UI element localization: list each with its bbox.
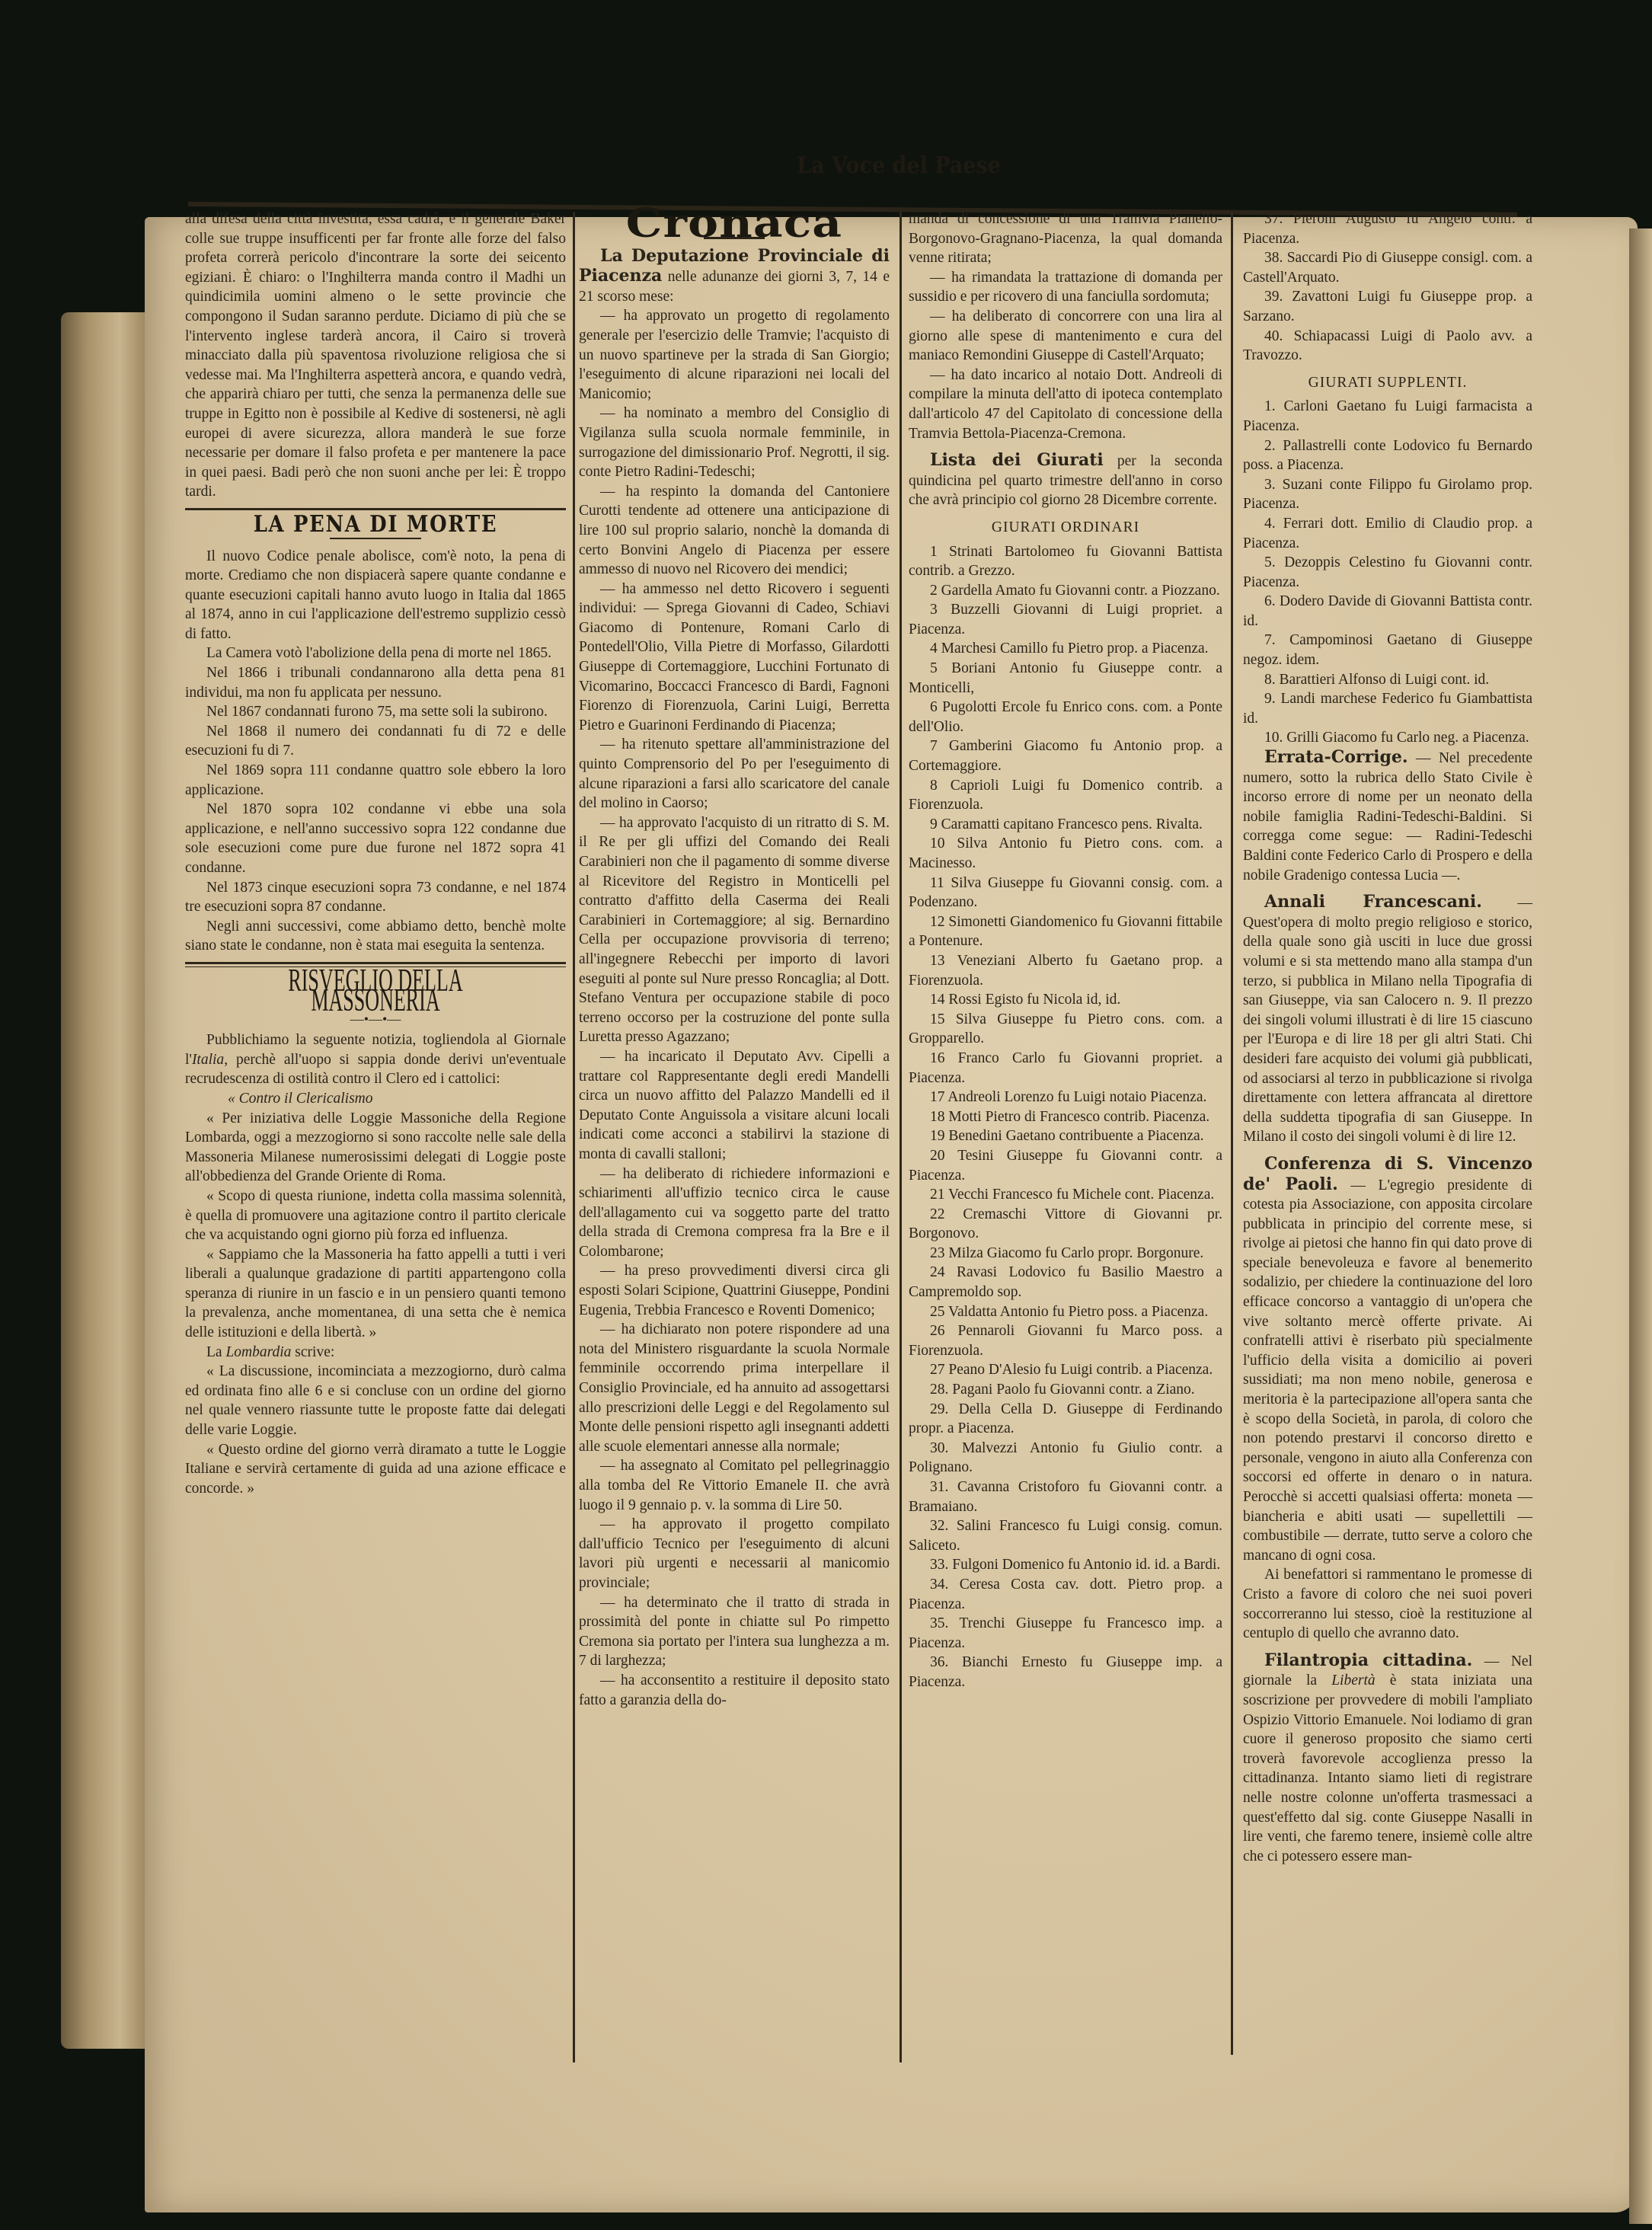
alternate-juror-item: 4. Ferrari dott. Emilio di Claudio prop.… xyxy=(1243,514,1532,553)
quote-paragraph: « Sappiamo che la Massoneria ha fatto ap… xyxy=(185,1245,566,1343)
deputazione-item: — ha approvato il progetto compilato dal… xyxy=(579,1515,890,1593)
juror-list-item: 32. Salini Francesco fu Luigi consig. co… xyxy=(909,1516,1222,1555)
paragraph: Nel 1873 cinque esecuzioni sopra 73 cond… xyxy=(185,878,566,917)
deputazione-item: — ha acconsentito a restituire il deposi… xyxy=(579,1671,890,1710)
deputazione-item: — ha respinto la domanda del Cantoniere … xyxy=(579,482,890,580)
newspaper-name-italia: Italia xyxy=(192,1052,224,1068)
alternate-juror-item: 1. Carloni Gaetano fu Luigi farmacista a… xyxy=(1243,397,1532,436)
juror-list-item: 5 Boriani Antonio fu Giuseppe contr. a M… xyxy=(909,659,1222,698)
juror-list-item: 30. Malvezzi Antonio fu Giulio contr. a … xyxy=(909,1439,1222,1478)
heading-giurati-supplenti: GIURATI SUPPLENTI. xyxy=(1243,373,1532,393)
alternate-juror-item: 6. Dodero Davide di Giovanni Battista co… xyxy=(1243,592,1532,631)
newspaper-name-lombardia: Lombardia xyxy=(225,1344,291,1360)
quote-title: « Contro il Clericalismo xyxy=(185,1089,566,1109)
deputazione-item: — ha approvato un progetto di regolament… xyxy=(579,306,890,404)
juror-list-item: 27 Peano D'Alesio fu Luigi contrib. a Pi… xyxy=(909,1360,1222,1380)
alternate-juror-item: 10. Grilli Giacomo fu Carlo neg. a Piace… xyxy=(1243,728,1532,748)
deputazione-continuation: manda di concessione di una Tramvia Pian… xyxy=(909,209,1222,268)
benefattori-paragraph: Ai benefattori si rammentano le promesse… xyxy=(1243,1565,1532,1643)
juror-list-item: 35. Trenchi Giuseppe fu Francesco imp. a… xyxy=(909,1614,1222,1653)
juror-list-item: 36. Bianchi Ernesto fu Giuseppe imp. a P… xyxy=(909,1653,1222,1692)
juror-list-item: 22 Cremaschi Vittore di Giovanni pr. Bor… xyxy=(909,1205,1222,1244)
alternate-juror-item: 2. Pallastrelli conte Lodovico fu Bernar… xyxy=(1243,436,1532,475)
juror-list-item: 28. Pagani Paolo fu Giovanni contr. a Zi… xyxy=(909,1380,1222,1400)
juror-list-item: 1 Strinati Bartolomeo fu Giovanni Battis… xyxy=(909,542,1222,581)
deputazione-item: — ha deliberato di concorrere con una li… xyxy=(909,307,1222,366)
annali-francescani-notice: Annali Francescani. — Quest'opera di mol… xyxy=(1243,893,1532,1147)
juror-list-item: 10 Silva Antonio fu Pietro cons. com. a … xyxy=(909,834,1222,873)
juror-list-item: 14 Rossi Egisto fu Nicola id, id. xyxy=(909,990,1222,1010)
lombardia-intro: La Lombardia scrive: xyxy=(185,1343,566,1363)
juror-list-item: 24 Ravasi Lodovico fu Basilio Maestro a … xyxy=(909,1263,1222,1302)
article-title-pena-di-morte: LA PENA DI MORTE xyxy=(212,515,539,535)
article-title-massoneria: RISVEGLIO DELLA MASSONERIA xyxy=(257,972,494,1011)
deputazione-item: — ha ritenuto spettare all'amministrazio… xyxy=(579,735,890,813)
juror-list-item: 38. Saccardi Pio di Giuseppe consigl. co… xyxy=(1243,248,1532,287)
juror-list-item: 34. Ceresa Costa cav. dott. Pietro prop.… xyxy=(909,1575,1222,1614)
errata-corrige-notice: Errata-Corrige. — Nel precedente numero,… xyxy=(1243,748,1532,885)
deputazione-item: — ha dichiarato non potere rispondere ad… xyxy=(579,1320,890,1456)
paragraph: Nel 1867 condannati furono 75, ma sette … xyxy=(185,702,566,722)
juror-list-item: 31. Cavanna Cristoforo fu Giovanni contr… xyxy=(909,1478,1222,1516)
next-page-edge xyxy=(1629,228,1652,2224)
deputazione-item: — ha approvato l'acquisto di un ritratto… xyxy=(579,813,890,1047)
masthead: La Voce del Paese xyxy=(775,152,1022,179)
juror-list-item: 37. Pieroni Augusto fu Angelo contr. a P… xyxy=(1243,209,1532,248)
quote-paragraph: « La discussione, incominciata a mezzogi… xyxy=(185,1362,566,1439)
deputazione-item: — ha incaricato il Deputato Avv. Cipelli… xyxy=(579,1047,890,1165)
deputazione-item: — ha nominato a membro del Consiglio di … xyxy=(579,404,890,481)
juror-list-item: 19 Benedini Gaetano contribuente a Piace… xyxy=(909,1126,1222,1146)
juror-list-item: 20 Tesini Giuseppe fu Giovanni contr. a … xyxy=(909,1146,1222,1185)
paragraph: Nel 1866 i tribunali condannarono alla d… xyxy=(185,663,566,702)
massoneria-intro: Pubblichiamo la seguente notizia, toglie… xyxy=(185,1030,566,1089)
alternate-juror-item: 5. Dezoppis Celestino fu Giovanni contr.… xyxy=(1243,553,1532,592)
juror-list-item: 23 Milza Giacomo fu Carlo propr. Borgonu… xyxy=(909,1244,1222,1264)
conferenza-notice: Conferenza di S. Vincenzo de' Paoli. — L… xyxy=(1243,1155,1532,1565)
deputazione-item: — ha determinato che il tratto di strada… xyxy=(579,1593,890,1671)
quote-paragraph: « Per iniziativa delle Loggie Massoniche… xyxy=(185,1109,566,1187)
alternate-juror-item: 8. Barattieri Alfonso di Luigi cont. id. xyxy=(1243,670,1532,690)
paragraph: Nel 1869 sopra 111 condanne quattro sole… xyxy=(185,761,566,800)
section-title-cronaca: Cronaca xyxy=(555,214,912,234)
juror-list-item: 26 Pennaroli Giovanni fu Marco poss. a F… xyxy=(909,1321,1222,1360)
juror-list-item: 39. Zavattoni Luigi fu Giuseppe prop. a … xyxy=(1243,287,1532,326)
egypt-article-continuation: alla difesa della città investita, essa … xyxy=(185,209,566,502)
juror-list-item: 7 Gamberini Giacomo fu Antonio prop. a C… xyxy=(909,736,1222,775)
juror-list-item: 16 Franco Carlo fu Giovanni propriet. a … xyxy=(909,1049,1222,1088)
juror-list-item: 9 Caramatti capitano Francesco pens. Riv… xyxy=(909,815,1222,835)
alternate-juror-item: 3. Suzani conte Filippo fu Girolamo prop… xyxy=(1243,475,1532,514)
pena-di-morte-body: Il nuovo Codice penale abolisce, com'è n… xyxy=(185,547,566,956)
alternate-juror-item: 9. Landi marchese Federico fu Giambattis… xyxy=(1243,689,1532,728)
deputazione-item: — ha rimandata la trattazione di domanda… xyxy=(909,268,1222,307)
heading-giurati-ordinari: GIURATI ORDINARI xyxy=(909,518,1222,538)
juror-list-item: 18 Motti Pietro di Francesco contrib. Pi… xyxy=(909,1107,1222,1127)
juror-list-item: 17 Andreoli Lorenzo fu Luigi notaio Piac… xyxy=(909,1088,1222,1107)
juror-list-item: 6 Pugolotti Ercole fu Enrico cons. com. … xyxy=(909,698,1222,736)
juror-list-item: 15 Silva Giuseppe fu Pietro cons. com. a… xyxy=(909,1010,1222,1049)
deputazione-lead: La Deputazione Provinciale di Piacenza n… xyxy=(579,247,890,307)
juror-list-item: 33. Fulgoni Domenico fu Antonio id. id. … xyxy=(909,1555,1222,1575)
deputazione-item: — ha dato incarico al notaio Dott. Andre… xyxy=(909,366,1222,443)
deputazione-item: — ha deliberato di richiedere informazio… xyxy=(579,1165,890,1262)
column-1: alla difesa della città investita, essa … xyxy=(185,209,566,1498)
lista-giurati-lead: Lista dei Giurati per la seconda quindic… xyxy=(909,451,1222,510)
juror-list-item: 40. Schiapacassi Luigi di Paolo avv. a T… xyxy=(1243,327,1532,366)
section-divider xyxy=(185,508,566,510)
juror-list-item: 3 Buzzelli Giovanni di Luigi propriet. a… xyxy=(909,600,1222,639)
juror-list-item: 8 Caprioli Luigi fu Domenico contrib. a … xyxy=(909,776,1222,815)
column-divider-3 xyxy=(1231,212,1233,2055)
column-3: manda di concessione di una Tramvia Pian… xyxy=(909,209,1222,1692)
juror-list-item: 2 Gardella Amato fu Giovanni contr. a Pi… xyxy=(909,581,1222,601)
quote-paragraph: « Scopo di questa riunione, indetta coll… xyxy=(185,1187,566,1245)
juror-list-item: 12 Simonetti Giandomenico fu Giovanni fi… xyxy=(909,912,1222,951)
paragraph: La Camera votò l'abolizione della pena d… xyxy=(185,644,566,663)
column-4: 37. Pieroni Augusto fu Angelo contr. a P… xyxy=(1243,209,1532,1866)
juror-list-item: 29. Della Cella D. Giuseppe di Ferdinand… xyxy=(909,1400,1222,1439)
deputazione-item: — ha assegnato al Comitato pel pellegrin… xyxy=(579,1456,890,1515)
column-divider-1 xyxy=(573,212,575,2062)
paragraph: Il nuovo Codice penale abolisce, com'è n… xyxy=(185,547,566,644)
column-divider-2 xyxy=(899,212,902,2062)
deputazione-item: — ha ammesso nel detto Ricovero i seguen… xyxy=(579,580,890,736)
column-2: Cronaca La Deputazione Provinciale di Pi… xyxy=(579,209,890,1710)
filantropia-notice: Filantropia cittadina. — Nel giornale la… xyxy=(1243,1651,1532,1867)
newspaper-name-liberta: Libertà xyxy=(1331,1672,1375,1688)
paragraph: Negli anni successivi, come abbiamo dett… xyxy=(185,917,566,956)
alternate-juror-item: 7. Campominosi Gaetano di Giuseppe negoz… xyxy=(1243,631,1532,669)
quote-paragraph: « Questo ordine del giorno verrà diramat… xyxy=(185,1440,566,1499)
paragraph: Nel 1870 sopra 102 condanne vi ebbe una … xyxy=(185,800,566,877)
paragraph: Nel 1868 il numero dei condannati fu di … xyxy=(185,722,566,761)
juror-list-item: 4 Marchesi Camillo fu Pietro prop. a Pia… xyxy=(909,639,1222,659)
deputazione-item: — ha preso provvedimenti diversi circa g… xyxy=(579,1261,890,1320)
juror-list-item: 13 Veneziani Alberto fu Gaetano prop. a … xyxy=(909,951,1222,990)
juror-list-item: 11 Silva Giuseppe fu Giovanni consig. co… xyxy=(909,874,1222,912)
juror-list-item: 25 Valdatta Antonio fu Pietro poss. a Pi… xyxy=(909,1302,1222,1322)
juror-list-item: 21 Vecchi Francesco fu Michele cont. Pia… xyxy=(909,1185,1222,1205)
